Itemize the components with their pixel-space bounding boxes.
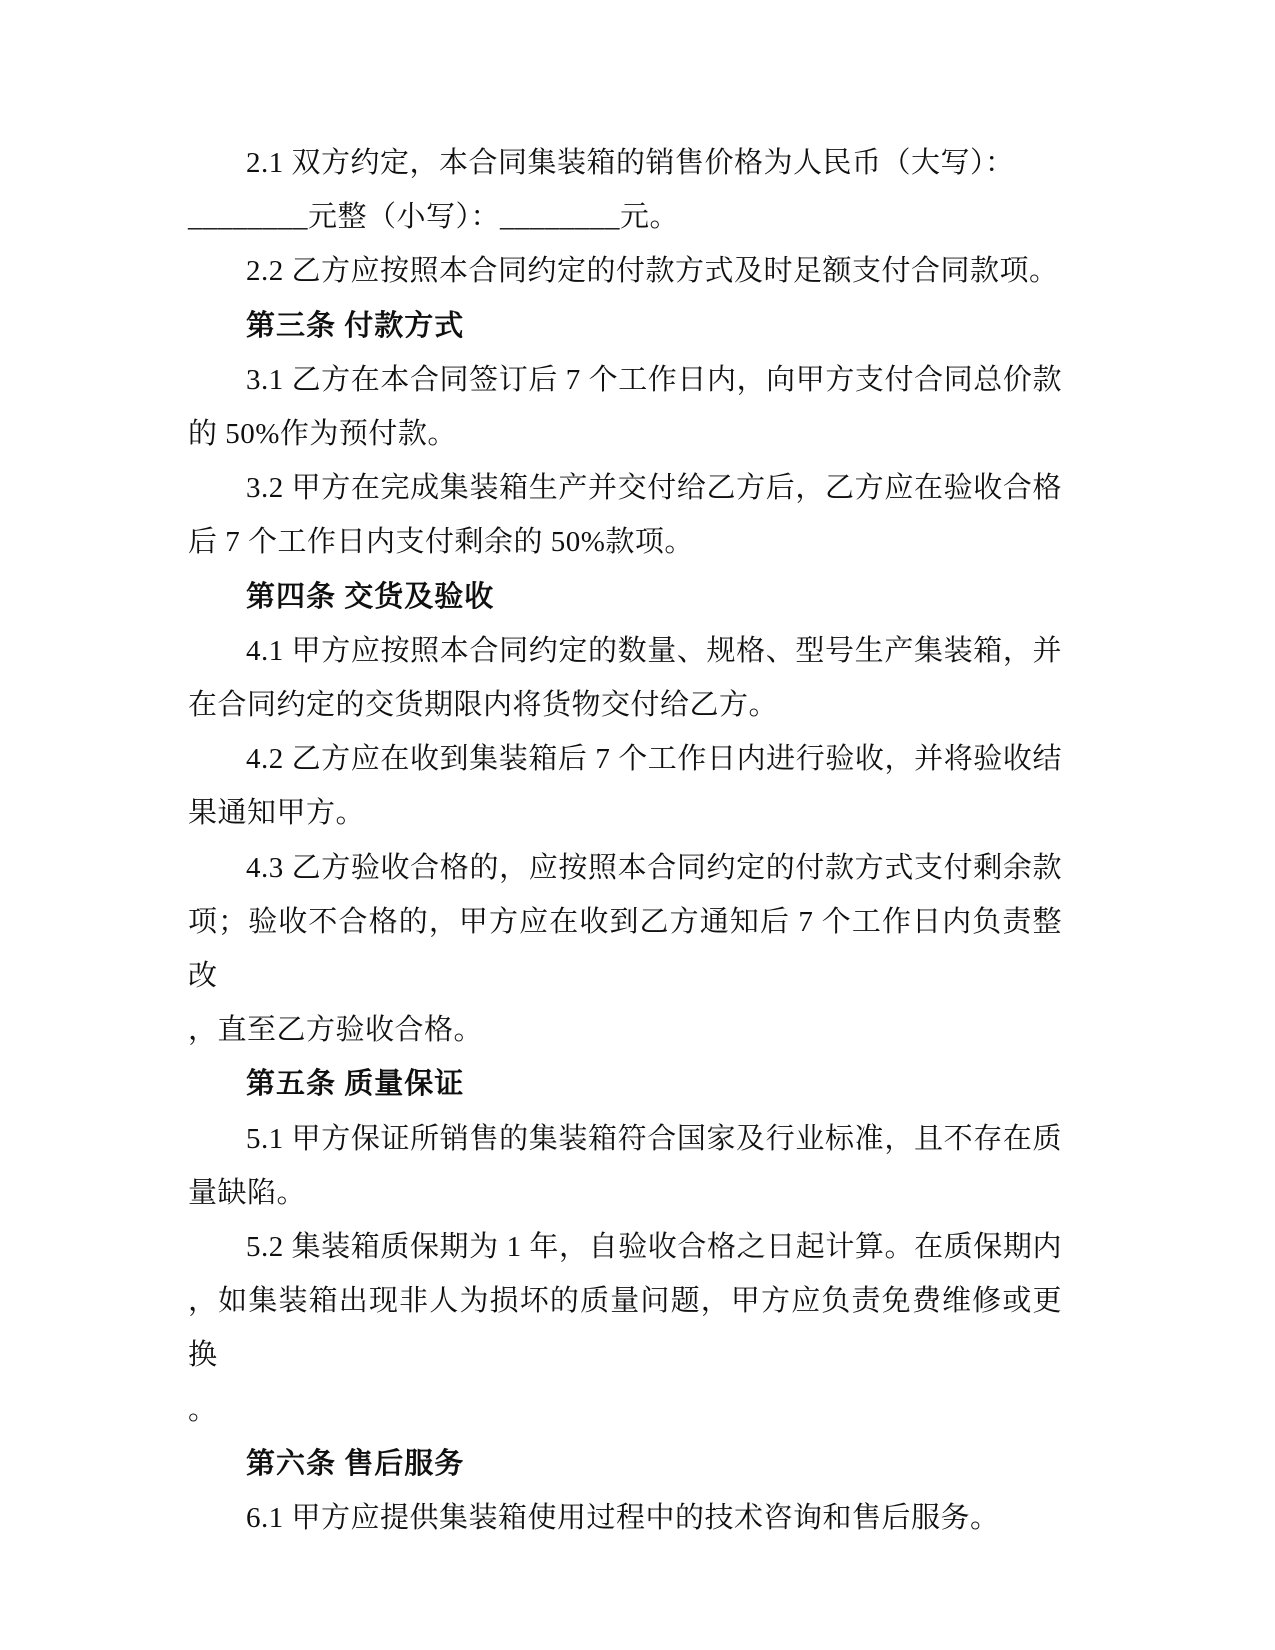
article-3-heading: 第三条 付款方式	[188, 299, 1062, 353]
clause-2-1-line-1: 2.1 双方约定，本合同集装箱的销售价格为人民币（大写）：	[188, 136, 1062, 190]
clause-5-2-line-2: ，如集装箱出现非人为损坏的质量问题，甲方应负责免费维修或更换	[188, 1274, 1062, 1382]
clause-5-1-line-2: 量缺陷。	[188, 1166, 1062, 1220]
article-4-heading: 第四条 交货及验收	[188, 570, 1062, 624]
clause-3-2-line-2: 后 7 个工作日内支付剩余的 50%款项。	[188, 515, 1062, 569]
article-6-heading: 第六条 售后服务	[188, 1437, 1062, 1491]
clause-4-2-line-2: 果通知甲方。	[188, 786, 1062, 840]
clause-3-1-line-2: 的 50%作为预付款。	[188, 407, 1062, 461]
clause-2-2: 2.2 乙方应按照本合同约定的付款方式及时足额支付合同款项。	[188, 244, 1062, 298]
clause-6-1: 6.1 甲方应提供集装箱使用过程中的技术咨询和售后服务。	[188, 1491, 1062, 1545]
clause-5-1-line-1: 5.1 甲方保证所销售的集装箱符合国家及行业标准，且不存在质	[188, 1112, 1062, 1166]
clause-3-2-line-1: 3.2 甲方在完成集装箱生产并交付给乙方后，乙方应在验收合格	[188, 461, 1062, 515]
article-5-heading: 第五条 质量保证	[188, 1057, 1062, 1111]
clause-3-1-line-1: 3.1 乙方在本合同签订后 7 个工作日内，向甲方支付合同总价款	[188, 353, 1062, 407]
clause-4-3-line-2: 项；验收不合格的，甲方应在收到乙方通知后 7 个工作日内负责整改	[188, 895, 1062, 1003]
clause-4-3-line-3: ，直至乙方验收合格。	[188, 1003, 1062, 1057]
clause-5-2-line-1: 5.2 集装箱质保期为 1 年，自验收合格之日起计算。在质保期内	[188, 1220, 1062, 1274]
clause-5-2-line-3: 。	[188, 1383, 1062, 1437]
clause-4-1-line-2: 在合同约定的交货期限内将货物交付给乙方。	[188, 678, 1062, 732]
contract-body: 2.1 双方约定，本合同集装箱的销售价格为人民币（大写）： ________元整…	[188, 136, 1062, 1545]
clause-4-3-line-1: 4.3 乙方验收合格的，应按照本合同约定的付款方式支付剩余款	[188, 841, 1062, 895]
clause-2-1-line-2: ________元整（小写）：________元。	[188, 190, 1062, 244]
clause-4-1-line-1: 4.1 甲方应按照本合同约定的数量、规格、型号生产集装箱，并	[188, 624, 1062, 678]
clause-4-2-line-1: 4.2 乙方应在收到集装箱后 7 个工作日内进行验收，并将验收结	[188, 732, 1062, 786]
contract-page: 2.1 双方约定，本合同集装箱的销售价格为人民币（大写）： ________元整…	[0, 0, 1275, 1650]
